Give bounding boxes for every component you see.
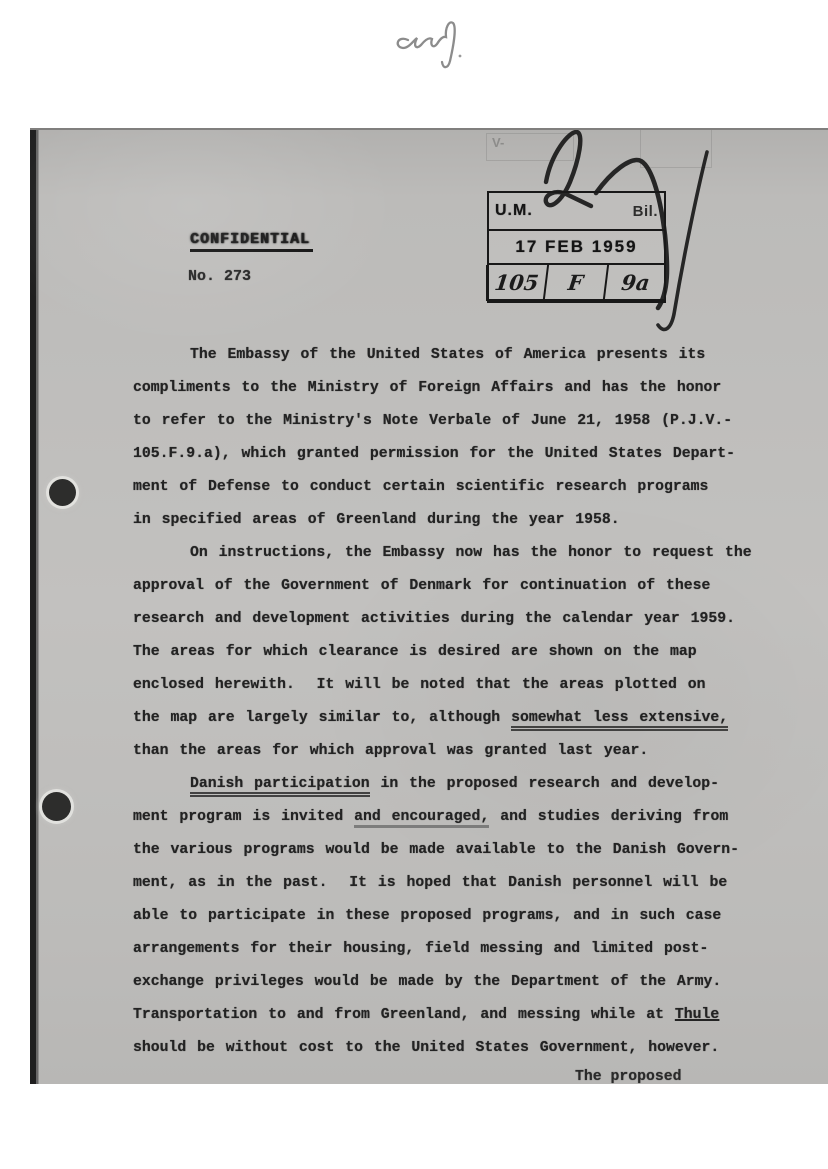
registry-stamp: U.M. Bil. 17 FEB 1959 105 F 9a (487, 191, 666, 303)
text-line: than the areas for which approval was gr… (133, 735, 733, 768)
stamp-file-row: 105 F 9a (486, 265, 666, 301)
text-line: exchange privileges would be made by the… (133, 966, 733, 999)
text-line: to refer to the Ministry's Note Verbale … (133, 405, 733, 438)
text-line: The areas for which clearance is desired… (133, 636, 733, 669)
punch-hole (49, 479, 76, 506)
punch-hole (42, 792, 71, 821)
text-line: arrangements for their housing, field me… (133, 933, 733, 966)
scan-background: { "colors": { "paper": "#bdbcba", "ink":… (0, 0, 828, 1169)
text-line: the various programs would be made avail… (133, 834, 733, 867)
text-line: enclosed herewith. It will be noted that… (133, 669, 733, 702)
stamp-date: 17 FEB 1959 (489, 232, 664, 265)
paragraph: Danish participation in the proposed res… (133, 768, 733, 1065)
text-line: approval of the Government of Denmark fo… (133, 570, 733, 603)
faint-stamp-box: V- (486, 133, 574, 161)
continuation-line: The proposed (575, 1063, 682, 1084)
confidential-heading: CONFIDENTIAL (190, 231, 313, 252)
text-line: ment program is invited and encouraged, … (133, 801, 733, 834)
page-edge-shadow (30, 130, 39, 1084)
stamp-file-cell: 9a (603, 265, 667, 299)
text-line: ment, as in the past. It is hoped that D… (133, 867, 733, 900)
handwritten-conf-mark (388, 16, 474, 72)
stamp-attachment-label: Bil. (633, 203, 658, 220)
stamp-file-cell: 105 (486, 265, 548, 299)
text-line: research and development activities duri… (133, 603, 733, 636)
text-line: in specified areas of Greenland during t… (133, 504, 733, 537)
scan-area: V- CONFIDENTIAL No. 273 U.M. Bil. 17 FEB… (0, 0, 828, 1169)
stamp-file-cell: F (543, 265, 607, 299)
text-line: The Embassy of the United States of Amer… (133, 339, 733, 372)
paragraph: On instructions, the Embassy now has the… (133, 537, 733, 768)
faint-stamp-text: V- (487, 135, 504, 150)
text-line: compliments to the Ministry of Foreign A… (133, 372, 733, 405)
text-line: On instructions, the Embassy now has the… (133, 537, 733, 570)
stamp-header-row: U.M. Bil. (489, 193, 664, 231)
text-line: should be without cost to the United Sta… (133, 1032, 733, 1065)
document-page: V- CONFIDENTIAL No. 273 U.M. Bil. 17 FEB… (30, 128, 828, 1084)
document-body: The Embassy of the United States of Amer… (133, 339, 733, 1065)
text-line: able to participate in these proposed pr… (133, 900, 733, 933)
stamp-org-label: U.M. (495, 202, 533, 220)
text-line: Danish participation in the proposed res… (133, 768, 733, 801)
doc-number: No. 273 (188, 268, 251, 285)
text-line: 105.F.9.a), which granted permission for… (133, 438, 733, 471)
faint-stamp-box (640, 130, 712, 168)
text-line: Transportation to and from Greenland, an… (133, 999, 733, 1032)
paragraph: The Embassy of the United States of Amer… (133, 339, 733, 537)
text-line: the map are largely similar to, although… (133, 702, 733, 735)
text-line: ment of Defense to conduct certain scien… (133, 471, 733, 504)
